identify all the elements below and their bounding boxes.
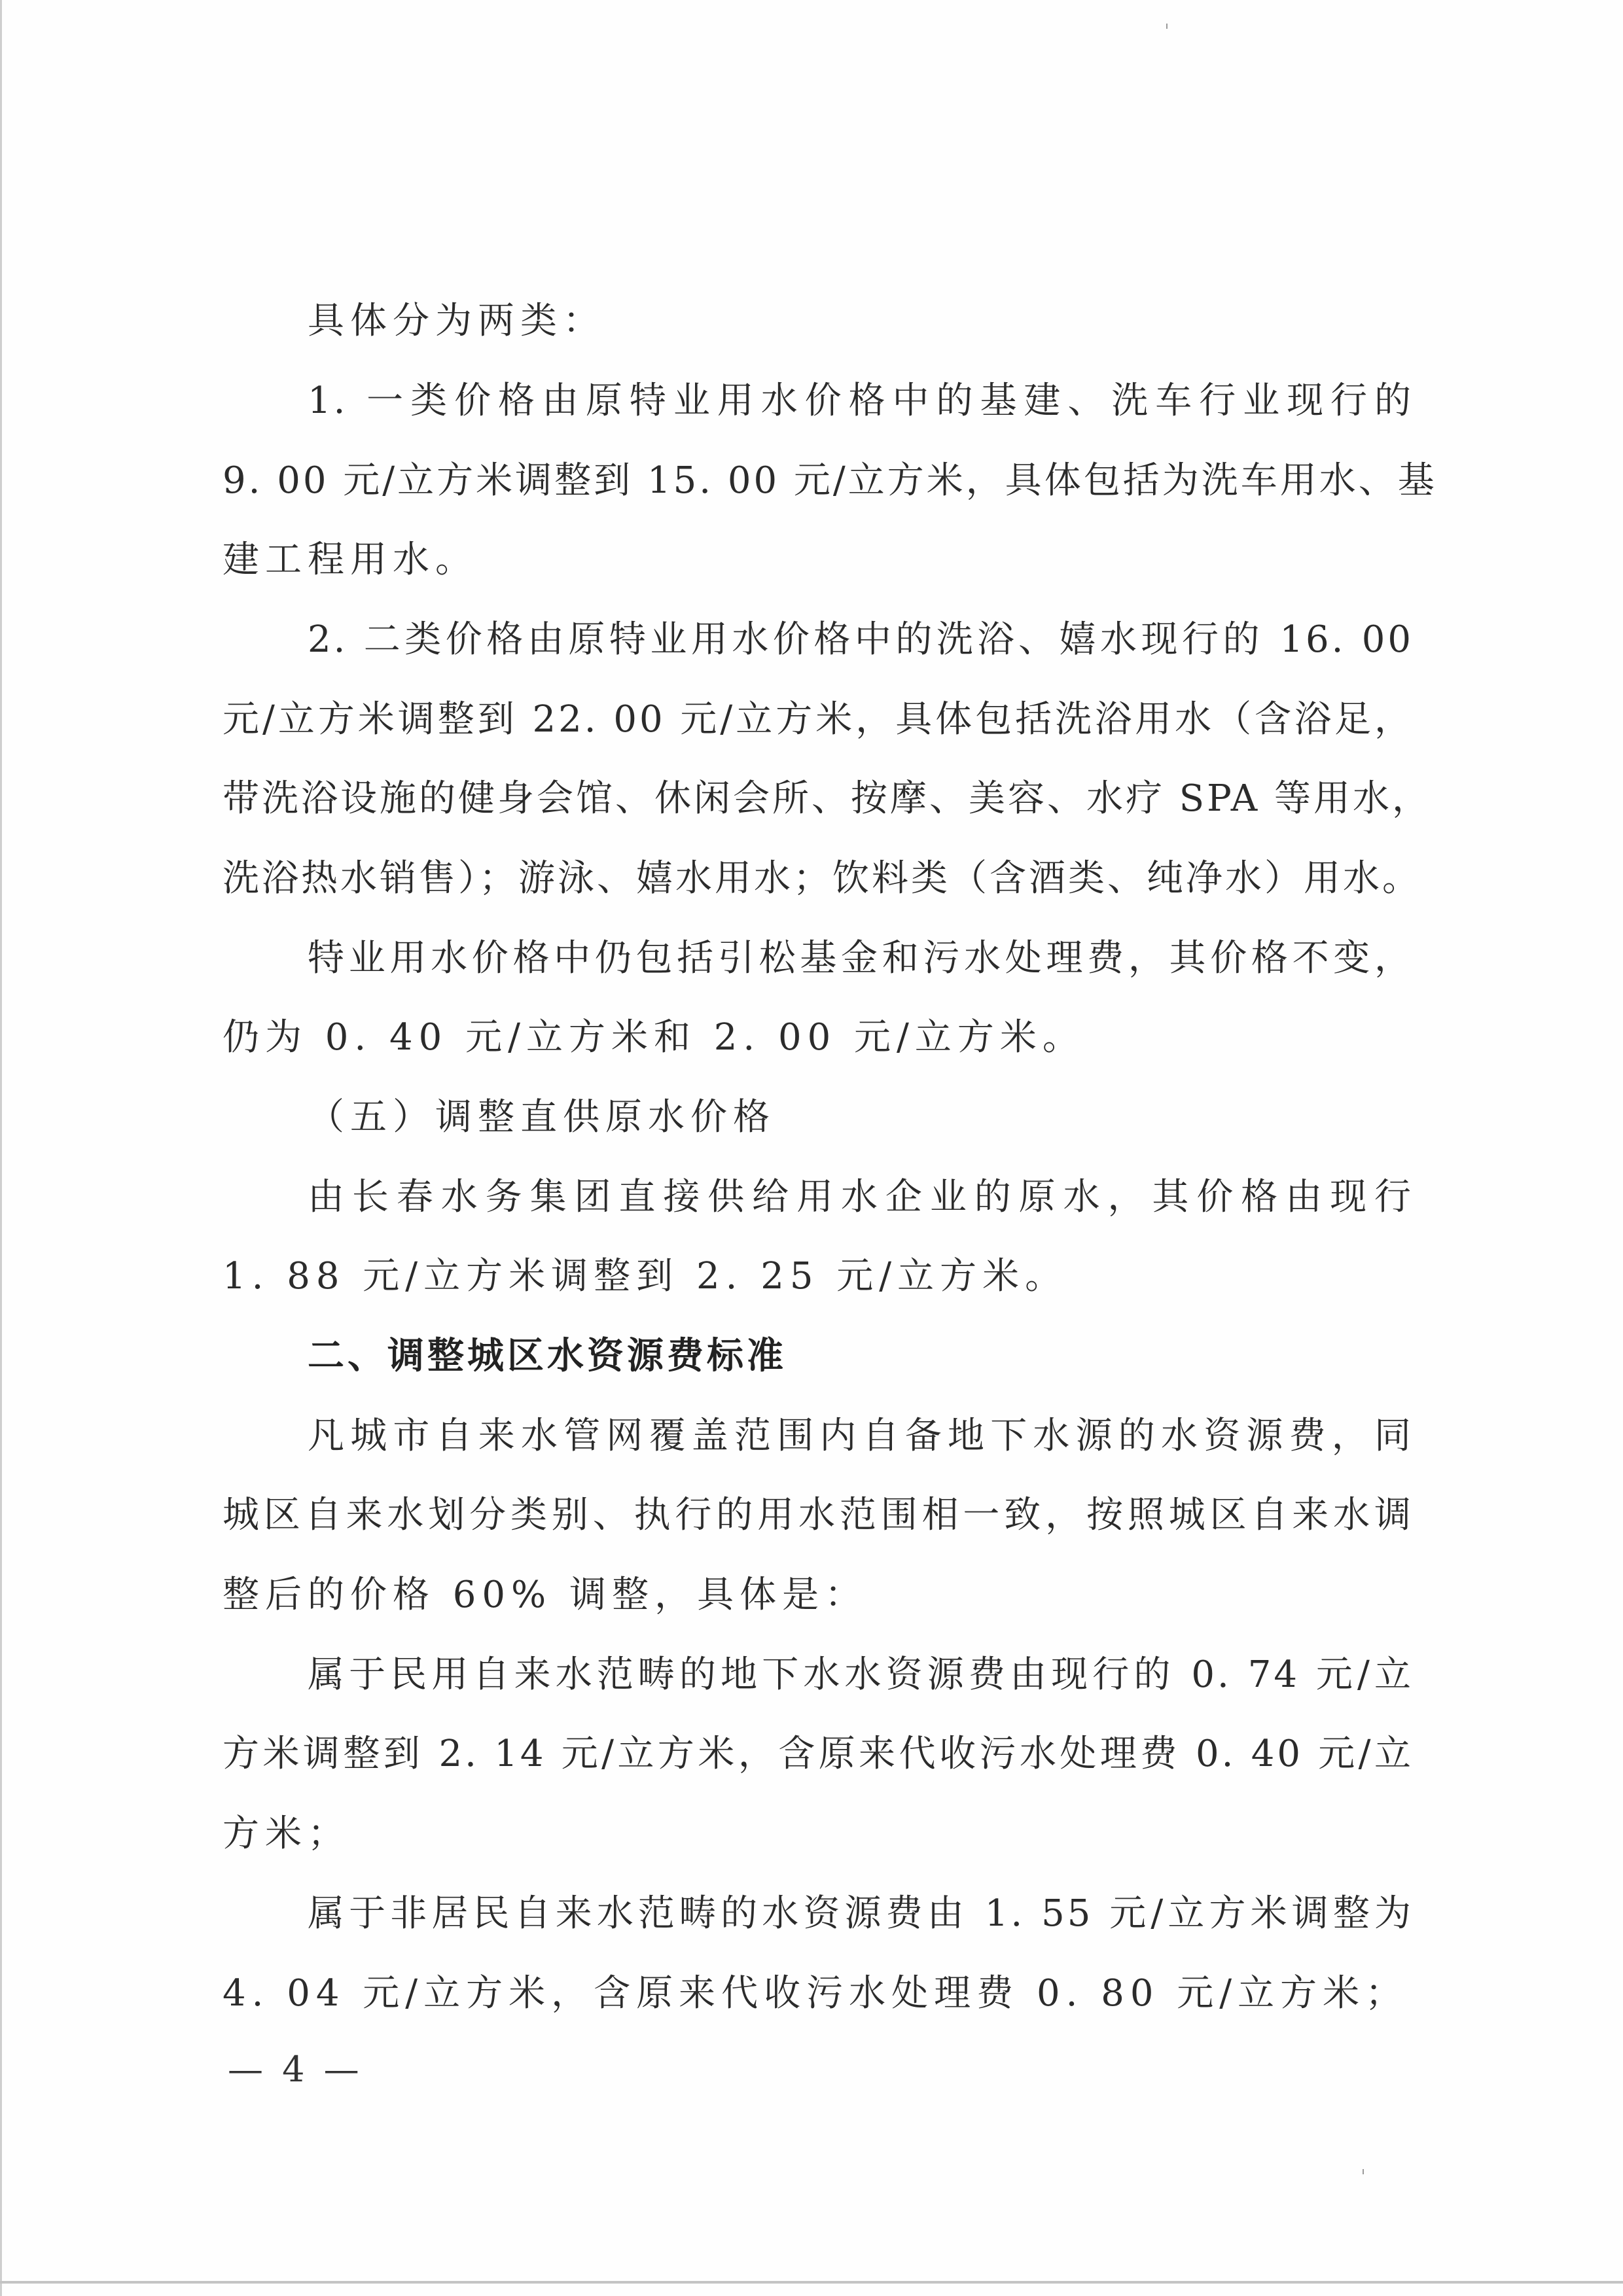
text-line-class2-start: 2. 二类价格由原特业用水价格中的洗浴、嬉水现行的 16. 00: [308, 614, 1414, 666]
text-line-resource-fee-start: 凡城市自来水管网覆盖范围内自备地下水源的水资源费，同: [308, 1410, 1414, 1462]
text-line-residential-start: 属于民用自来水范畴的地下水水资源费由现行的 0. 74 元/立: [308, 1649, 1414, 1701]
text-line-class2-price: 元/立方米调整到 22. 00 元/立方米，具体包括洗浴用水（含浴足，: [223, 694, 1414, 746]
text-line-fund-fee: 特业用水价格中仍包括引松基金和污水处理费，其价格不变，: [308, 932, 1414, 985]
text-line-raw-water: 由长春水务集团直接供给用水企业的原水，其价格由现行: [308, 1171, 1414, 1224]
section-heading-water-resource-fee: 二、调整城区水资源费标准: [308, 1330, 1414, 1383]
text-line-class1-end: 建工程用水。: [223, 534, 1414, 586]
text-line-class1-price: 9. 00 元/立方米调整到 15. 00 元/立方米，具体包括为洗车用水、基: [223, 455, 1414, 507]
section-subheading-raw-water: （五）调整直供原水价格: [308, 1091, 1414, 1144]
text-line-nonresidential-start: 属于非居民自来水范畴的水资源费由 1. 55 元/立方米调整为: [308, 1888, 1414, 1940]
text-line-fund-fee-end: 仍为 0. 40 元/立方米和 2. 00 元/立方米。: [223, 1012, 1414, 1064]
text-line-class2-scope: 带洗浴设施的健身会馆、休闲会所、按摩、美容、水疗 SPA 等用水，: [223, 773, 1414, 825]
text-line-nonresidential-end: 4. 04 元/立方米，含原来代收污水处理费 0. 80 元/立方米；: [223, 1968, 1414, 2020]
text-line-resource-fee-end: 整后的价格 60% 调整，具体是：: [223, 1569, 1414, 1621]
text-line-class2-end: 洗浴热水销售）；游泳、嬉水用水；饮料类（含酒类、纯净水）用水。: [223, 853, 1414, 905]
scan-edge-left: [0, 0, 2, 2296]
text-line-class1-start: 1. 一类价格由原特业用水价格中的基建、洗车行业现行的: [308, 375, 1414, 427]
page-number: — 4 —: [228, 2045, 363, 2094]
text-line-resource-fee-mid: 城区自来水划分类别、执行的用水范围相一致，按照城区自来水调: [223, 1489, 1414, 1542]
scan-speck: [1363, 2169, 1364, 2174]
text-line-residential-mid: 方米调整到 2. 14 元/立方米，含原来代收污水处理费 0. 40 元/立: [223, 1728, 1414, 1780]
text-line-categories-intro: 具体分为两类：: [308, 295, 1414, 347]
scan-speck: [1166, 24, 1168, 29]
text-line-residential-end: 方米；: [223, 1808, 1414, 1860]
document-page: 具体分为两类： 1. 一类价格由原特业用水价格中的基建、洗车行业现行的 9. 0…: [0, 0, 1623, 2296]
scan-edge-bottom: [0, 2281, 1623, 2284]
text-line-raw-water-end: 1. 88 元/立方米调整到 2. 25 元/立方米。: [223, 1250, 1414, 1303]
